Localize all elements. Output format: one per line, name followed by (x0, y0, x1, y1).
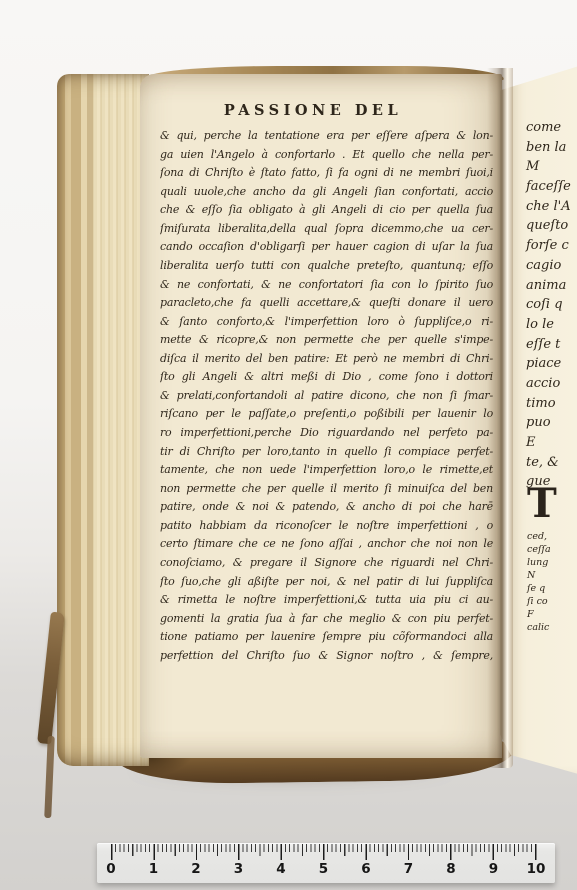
text-line: perfettion del Chriſto ſuo & Signor noſt… (160, 647, 493, 666)
text-fragment: F (527, 608, 577, 621)
drop-cap-initial: T (527, 486, 557, 522)
text-line: ſto ſuo,che gli aßiſte per noi, & nel pa… (160, 573, 493, 592)
text-fragment: coſi q (526, 295, 577, 315)
text-fragment: timo (526, 394, 577, 414)
text-fragment: ben la (526, 138, 577, 158)
right-page-small-fragments: ced, ceſſa lung N ſe q ſi co F calic (527, 530, 577, 634)
text-line: patito habbiam da riconoſcer le noſtre i… (160, 517, 493, 536)
text-line: patire, onde & noi & patendo, & ancho di… (160, 498, 493, 517)
text-line: che & eſſo ſia obligato à gli Angeli di … (160, 201, 493, 220)
text-line: tione patiamo per lauenire ſempre piu cõ… (160, 628, 493, 647)
text-line: paracleto,che fa quelli accettare,& queſ… (160, 294, 493, 313)
text-fragment: queſto (526, 216, 577, 236)
text-fragment: te, & (526, 453, 577, 473)
text-fragment: anima (526, 276, 577, 296)
text-line: conoſciamo, & pregare il Signore che rig… (160, 554, 493, 573)
text-line: ſona di Chriſto è ſtato fatto, ſi fa ogn… (160, 164, 493, 183)
text-fragment: cagio (526, 256, 577, 276)
text-fragment: come (526, 118, 577, 138)
text-line: ſmiſurata liberalita,della qual ſopra di… (160, 220, 493, 239)
text-line: mette & ricopre,& non permette che per q… (160, 331, 493, 350)
text-fragment: lo le (526, 315, 577, 335)
page-text-block: & qui, perche la tentatione era per eſſe… (160, 127, 493, 665)
text-line: ga uien l'Angelo à confortarlo . Et quel… (160, 146, 493, 165)
text-line: & ne confortati, & ne confortatori ſia c… (160, 276, 493, 295)
text-fragment: piace (526, 354, 577, 374)
text-line: liberalita uerſo tutti con qualche prete… (160, 257, 493, 276)
photo-scene: PASSIONE DEL & qui, perche la tentatione… (0, 0, 577, 890)
text-line: gomenti la gratia ſua à far che meglio &… (160, 610, 493, 629)
text-line: diſca il merito del ben patire: Et però … (160, 350, 493, 369)
text-fragment: N (527, 569, 577, 582)
text-line: non permette che per quelle il merito ſi… (160, 480, 493, 499)
ruler: 0 1 2 3 4 5 (97, 843, 555, 883)
text-line: & rimetta le noſtre imperfettioni,& tutt… (160, 591, 493, 610)
text-line: & ſanto conforto,& l'imperfettion loro ò… (160, 313, 493, 332)
text-line: ro imperfettioni,perche Dio riguardando … (160, 424, 493, 443)
leather-tie-tail (44, 736, 55, 818)
text-fragment: puo (526, 413, 577, 433)
running-header: PASSIONE DEL (140, 102, 486, 119)
text-fragment: ceſſa (527, 543, 577, 556)
text-line: quali uuole,che ancho da gli Angeli ſian… (160, 183, 493, 202)
text-line: & qui, perche la tentatione era per eſſe… (160, 127, 493, 146)
text-line: riſcano per le paſſate,o preſenti,o poßi… (160, 405, 493, 424)
text-fragment: faceſſe (526, 177, 577, 197)
text-fragment: calic (527, 621, 577, 634)
text-fragment: accio (526, 374, 577, 394)
text-line: cando occaſion d'obligarſi per hauer cag… (160, 238, 493, 257)
text-line: certo ſtimare che ce ne ſono aſſai , anc… (160, 535, 493, 554)
text-line: tir di Chriſto per loro,tanto in quello … (160, 443, 493, 462)
text-fragment: che l'A (526, 197, 577, 217)
text-line: tamente, che non uede l'imperfettion lor… (160, 461, 493, 480)
text-fragment: ſi co (527, 595, 577, 608)
text-fragment: M (526, 157, 577, 177)
book-fore-edge-stack (57, 74, 149, 766)
left-page: PASSIONE DEL & qui, perche la tentatione… (140, 74, 502, 758)
text-line: ſto gli Angeli & altri meßi di Dio , com… (160, 368, 493, 387)
text-fragment: ſe q (527, 582, 577, 595)
text-line: & prelati,confortandoli al patire dicono… (160, 387, 493, 406)
text-fragment: E (526, 433, 577, 453)
text-fragment: eſſe t (526, 335, 577, 355)
right-page-text-fragments: come ben la M faceſſe che l'A queſto for… (526, 118, 577, 492)
ruler-centimeter-ticks (111, 844, 538, 860)
text-fragment: forſe c (526, 236, 577, 256)
text-fragment: ced, (527, 530, 577, 543)
page-fold-crease (487, 68, 513, 768)
text-fragment: lung (527, 556, 577, 569)
